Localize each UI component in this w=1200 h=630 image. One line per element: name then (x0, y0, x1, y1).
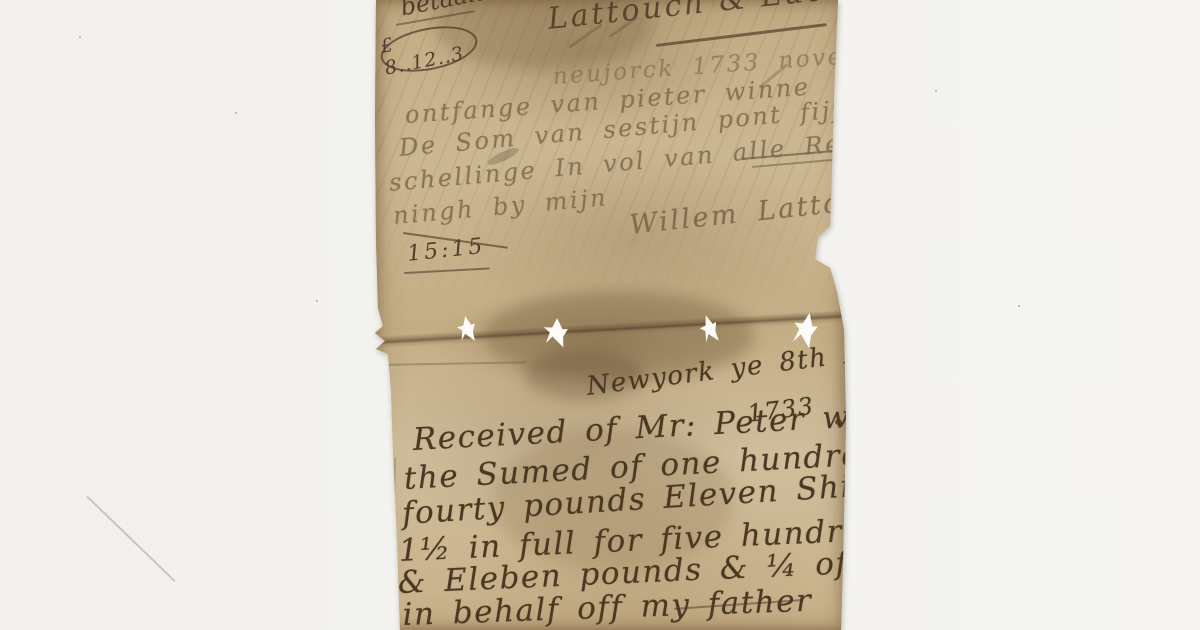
scan-background: betaalt £ 8..12..3 Lattouch & Lucas neuj… (0, 0, 1200, 630)
dust-speck (79, 36, 81, 38)
vertical-crease (389, 458, 396, 630)
dust-speck (935, 90, 937, 92)
secondary-crease (376, 361, 526, 366)
background-scratch (86, 496, 175, 582)
dust-speck (235, 112, 237, 114)
dust-speck (316, 300, 318, 302)
manuscript-paper: betaalt £ 8..12..3 Lattouch & Lucas neuj… (374, 0, 849, 630)
dust-speck (1018, 305, 1020, 307)
